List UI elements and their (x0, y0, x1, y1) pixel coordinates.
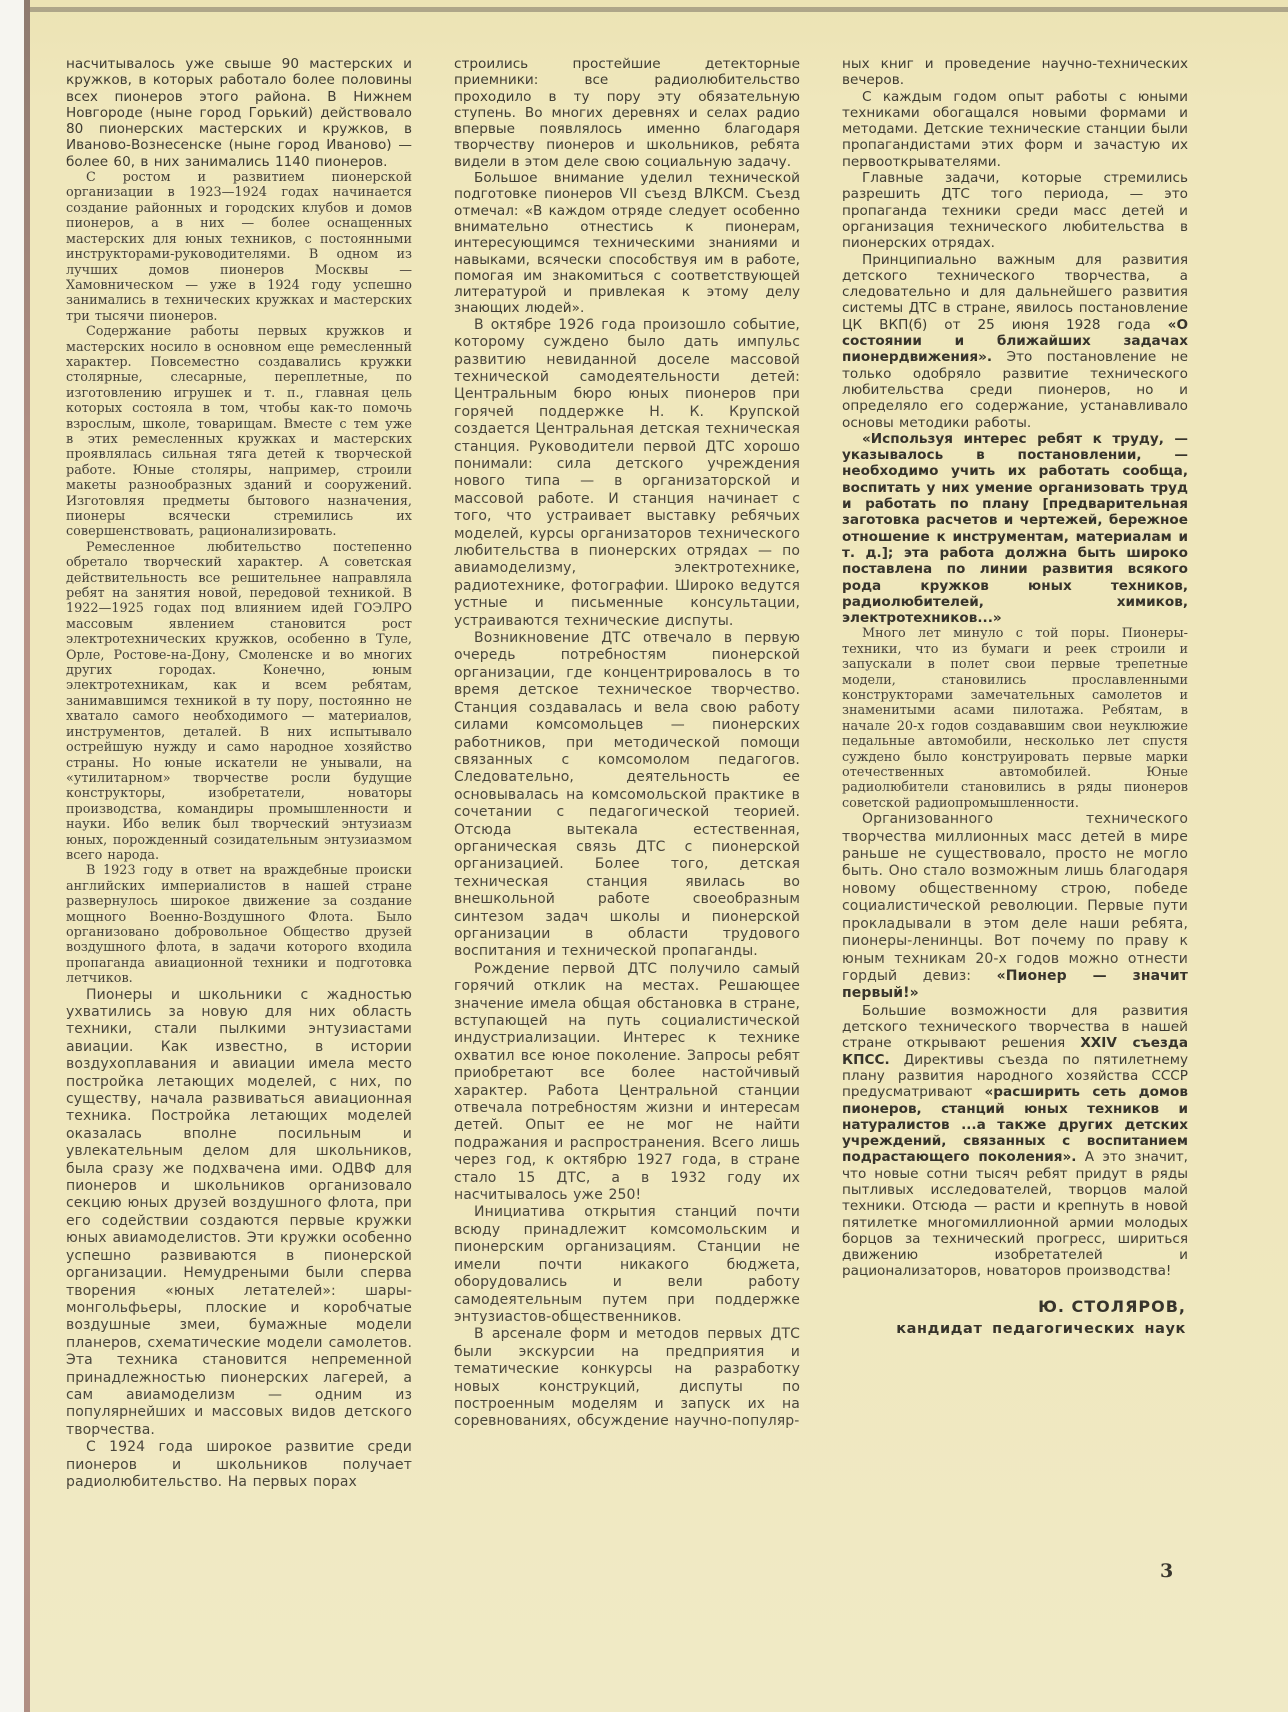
paragraph: Принципиально важным для развития детско… (842, 252, 1188, 431)
paragraph: В арсенале форм и методов первых ДТС был… (454, 1326, 800, 1430)
author-name: Ю. СТОЛЯРОВ, (842, 1296, 1186, 1318)
paragraph: С 1924 года широкое развитие среди пионе… (66, 1439, 412, 1491)
paragraph: С ростом и развитием пионерской организа… (66, 170, 412, 324)
text-column-2: строились простейшие детекторные приемни… (454, 56, 800, 1526)
article-body: насчитывалось уже свыше 90 мастерских и … (66, 56, 1188, 1556)
paragraph: Рождение первой ДТС получило самый горяч… (454, 961, 800, 1205)
paragraph: Много лет минуло с той поры. Пионеры-тех… (842, 626, 1188, 811)
paragraph: В 1923 году в ответ на враждебные происк… (66, 863, 412, 986)
paragraph: Главные задачи, которые стремились разре… (842, 170, 1188, 251)
paragraph: Большие возможности для развития детског… (842, 1003, 1188, 1280)
paragraph: Большое внимание уделил технической подг… (454, 170, 800, 317)
paragraph: насчитывалось уже свыше 90 мастерских и … (66, 56, 412, 170)
paragraph: «Используя интерес ребят к труду, — указ… (842, 431, 1188, 627)
page-edge-top-shadow (30, 7, 1288, 12)
paragraph: С каждым годом опыт работы с юными техни… (842, 89, 1188, 170)
text-column-1: насчитывалось уже свыше 90 мастерских и … (66, 56, 412, 1526)
paragraph: Возникновение ДТС отвечало в первую очер… (454, 630, 800, 961)
paragraph: Организованного технического творчества … (842, 811, 1188, 1002)
paragraph: строились простейшие детекторные приемни… (454, 56, 800, 170)
paragraph: Инициатива открытия станций почти всюду … (454, 1204, 800, 1326)
text-column-3: ных книг и проведение научно-технических… (842, 56, 1188, 1526)
paragraph: ных книг и проведение научно-технических… (842, 56, 1188, 89)
paragraph: В октябре 1926 года произошло событие, к… (454, 317, 800, 630)
paragraph: Ремесленное любительство постепенно обре… (66, 540, 412, 864)
author-signature: Ю. СТОЛЯРОВ, кандидат педагогических нау… (842, 1296, 1188, 1340)
author-title: кандидат педагогических наук (842, 1318, 1186, 1340)
page-edge-left-shadow (24, 0, 30, 1712)
page-number: 3 (1160, 1560, 1173, 1582)
paragraph: Содержание работы первых кружков и масте… (66, 324, 412, 540)
paragraph: Пионеры и школьники с жадностью ухватили… (66, 987, 412, 1440)
